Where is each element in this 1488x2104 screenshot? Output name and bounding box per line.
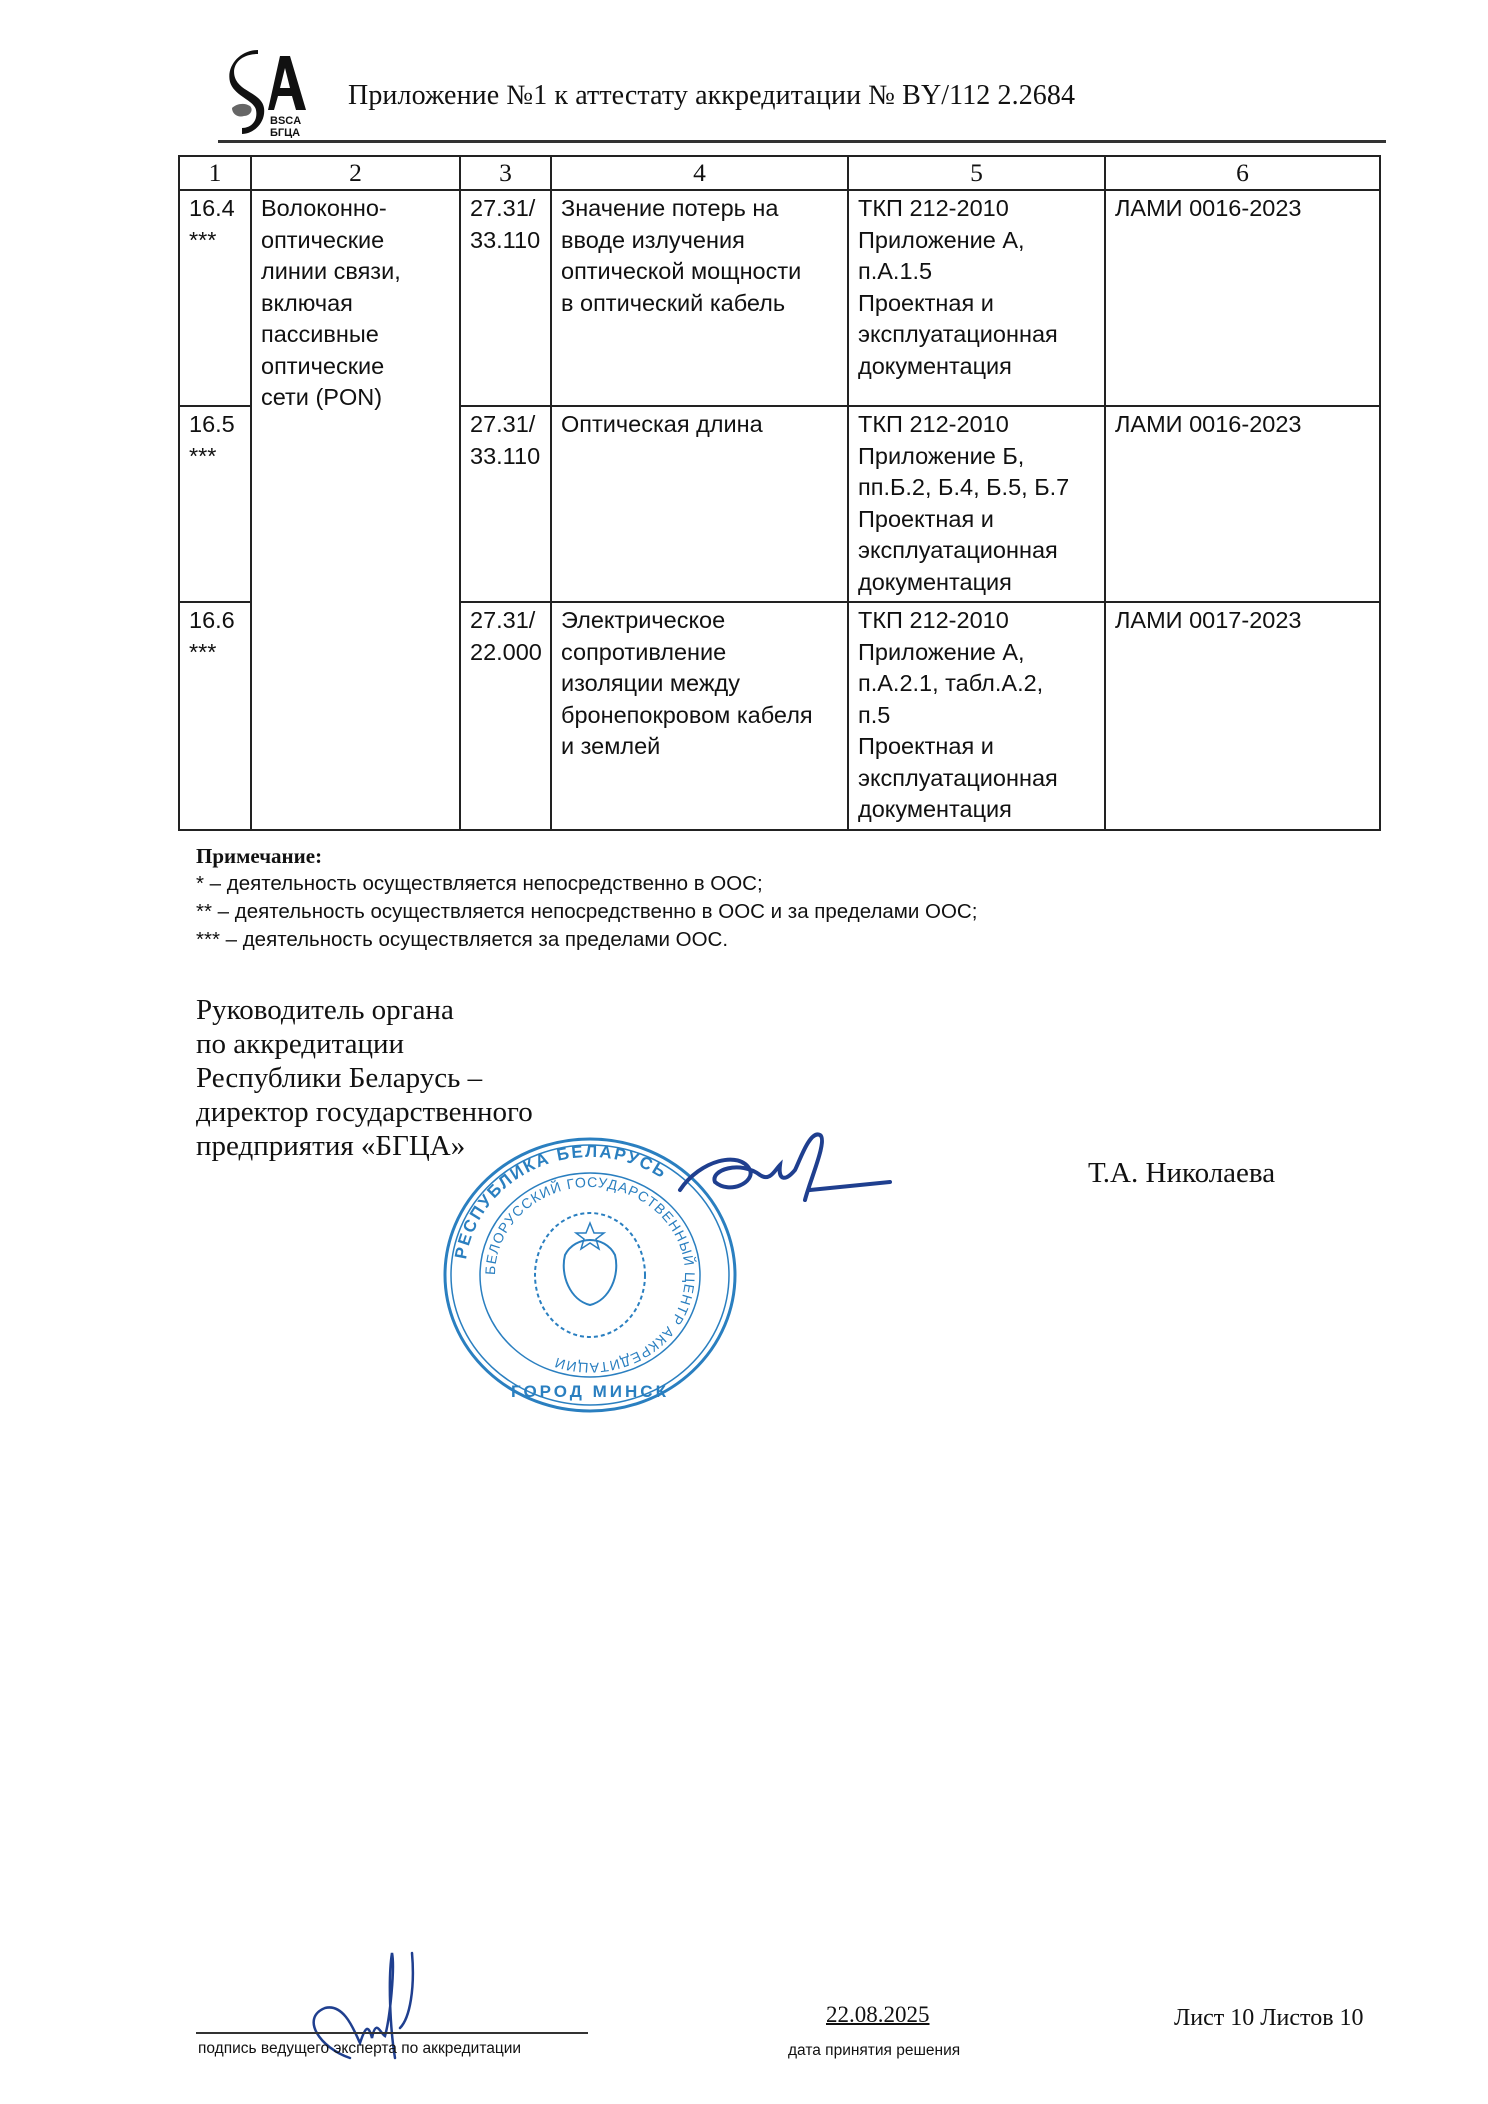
- requirements-cell: ТКП 212-2010 Приложение А, п.А.2.1, табл…: [848, 602, 1105, 830]
- document-title: Приложение №1 к аттестату аккредитации №…: [348, 80, 1075, 112]
- position-line: по аккредитации: [196, 1027, 533, 1061]
- method-text: ЛАМИ 0017-2023: [1115, 605, 1371, 637]
- characteristic-cell: Оптическая длина: [551, 406, 848, 602]
- signatory-name: Т.А. Николаева: [1088, 1157, 1275, 1190]
- item-mark: ***: [189, 441, 242, 473]
- accreditation-scope-table: 1 2 3 4 5 6 16.4 *** Волоконно- оптическ…: [178, 155, 1381, 831]
- item-number-cell: 16.4 ***: [179, 190, 251, 406]
- characteristic-cell: Электрическое сопротивление изоляции меж…: [551, 602, 848, 830]
- method-cell: ЛАМИ 0016-2023: [1105, 406, 1380, 602]
- characteristic-line: сопротивление: [561, 637, 839, 669]
- requirements-line: документация: [858, 351, 1096, 383]
- characteristic-line: Оптическая длина: [561, 409, 839, 441]
- method-cell: ЛАМИ 0017-2023: [1105, 602, 1380, 830]
- requirements-line: пп.Б.2, Б.4, Б.5, Б.7: [858, 472, 1096, 504]
- requirements-line: эксплуатационная: [858, 535, 1096, 567]
- director-signature: [660, 1120, 900, 1215]
- requirements-line: эксплуатационная: [858, 319, 1096, 351]
- item-mark: ***: [189, 225, 242, 257]
- requirements-line: п.А.1.5: [858, 256, 1096, 288]
- svg-text:ГОРОД МИНСК: ГОРОД МИНСК: [511, 1382, 669, 1401]
- object-line: линии связи,: [261, 256, 451, 288]
- code-line: 27.31/: [470, 409, 542, 441]
- note-title: Примечание:: [196, 842, 977, 870]
- requirements-line: Проектная и: [858, 504, 1096, 536]
- object-cell: Волоконно- оптические линии связи, включ…: [251, 190, 460, 830]
- column-header: 4: [551, 156, 848, 190]
- object-line: сети (PON): [261, 382, 451, 414]
- characteristic-line: бронепокровом кабеля: [561, 700, 839, 732]
- requirements-line: Приложение А,: [858, 225, 1096, 257]
- characteristic-cell: Значение потерь на вводе излучения оптич…: [551, 190, 848, 406]
- note-item: ** – деятельность осуществляется непосре…: [196, 898, 977, 926]
- object-line: пассивные: [261, 319, 451, 351]
- item-number: 16.6: [189, 605, 242, 637]
- position-line: директор государственного: [196, 1095, 533, 1129]
- characteristic-line: Значение потерь на: [561, 193, 839, 225]
- code-cell: 27.31/ 33.110: [460, 190, 551, 406]
- requirements-line: Приложение Б,: [858, 441, 1096, 473]
- svg-text:BSCA: BSCA: [270, 115, 301, 127]
- requirements-line: ТКП 212-2010: [858, 605, 1096, 637]
- svg-text:БГЦА: БГЦА: [270, 127, 300, 138]
- characteristic-line: вводе излучения: [561, 225, 839, 257]
- requirements-line: ТКП 212-2010: [858, 193, 1096, 225]
- object-line: Волоконно-: [261, 193, 451, 225]
- characteristic-line: Электрическое: [561, 605, 839, 637]
- table-header-row: 1 2 3 4 5 6: [179, 156, 1380, 190]
- object-line: оптические: [261, 225, 451, 257]
- requirements-line: документация: [858, 794, 1096, 826]
- requirements-line: ТКП 212-2010: [858, 409, 1096, 441]
- column-header: 5: [848, 156, 1105, 190]
- object-line: включая: [261, 288, 451, 320]
- code-cell: 27.31/ 22.000: [460, 602, 551, 830]
- code-line: 33.110: [470, 225, 542, 257]
- characteristic-line: в оптический кабель: [561, 288, 839, 320]
- note-item: *** – деятельность осуществляется за пре…: [196, 926, 977, 954]
- requirements-line: документация: [858, 567, 1096, 599]
- method-cell: ЛАМИ 0016-2023: [1105, 190, 1380, 406]
- requirements-line: Проектная и: [858, 731, 1096, 763]
- item-number-cell: 16.6 ***: [179, 602, 251, 830]
- characteristic-line: и землей: [561, 731, 839, 763]
- signature-icon: [660, 1120, 900, 1215]
- requirements-line: Проектная и: [858, 288, 1096, 320]
- table-row: 16.4 *** Волоконно- оптические линии свя…: [179, 190, 1380, 406]
- code-line: 33.110: [470, 441, 542, 473]
- characteristic-line: оптической мощности: [561, 256, 839, 288]
- item-number: 16.5: [189, 409, 242, 441]
- characteristic-line: изоляции между: [561, 668, 839, 700]
- requirements-line: п.А.2.1, табл.А.2,: [858, 668, 1096, 700]
- requirements-line: п.5: [858, 700, 1096, 732]
- decision-date: 22.08.2025: [826, 2002, 930, 2028]
- logo-icon: BSCA БГЦА: [228, 50, 310, 138]
- code-line: 22.000: [470, 637, 542, 669]
- code-line: 27.31/: [470, 605, 542, 637]
- item-mark: ***: [189, 637, 242, 669]
- code-cell: 27.31/ 33.110: [460, 406, 551, 602]
- method-text: ЛАМИ 0016-2023: [1115, 409, 1371, 441]
- position-line: Руководитель органа: [196, 993, 533, 1027]
- item-number: 16.4: [189, 193, 242, 225]
- position-line: Республики Беларусь –: [196, 1061, 533, 1095]
- column-header: 3: [460, 156, 551, 190]
- column-header: 2: [251, 156, 460, 190]
- expert-signature-caption: подпись ведущего эксперта по аккредитаци…: [198, 2040, 521, 2058]
- note-section: Примечание: * – деятельность осуществляе…: [196, 842, 977, 954]
- object-line: оптические: [261, 351, 451, 383]
- requirements-line: Приложение А,: [858, 637, 1096, 669]
- requirements-cell: ТКП 212-2010 Приложение Б, пп.Б.2, Б.4, …: [848, 406, 1105, 602]
- sheet-number: Лист 10 Листов 10: [1174, 2005, 1364, 2032]
- expert-signature-line: [196, 2032, 588, 2034]
- code-line: 27.31/: [470, 193, 542, 225]
- decision-date-caption: дата принятия решения: [788, 2042, 960, 2060]
- column-header: 6: [1105, 156, 1380, 190]
- header-divider: [218, 140, 1386, 143]
- method-text: ЛАМИ 0016-2023: [1115, 193, 1371, 225]
- requirements-line: эксплуатационная: [858, 763, 1096, 795]
- item-number-cell: 16.5 ***: [179, 406, 251, 602]
- note-item: * – деятельность осуществляется непосред…: [196, 870, 977, 898]
- requirements-cell: ТКП 212-2010 Приложение А, п.А.1.5 Проек…: [848, 190, 1105, 406]
- bsca-logo: BSCA БГЦА: [228, 50, 310, 138]
- column-header: 1: [179, 156, 251, 190]
